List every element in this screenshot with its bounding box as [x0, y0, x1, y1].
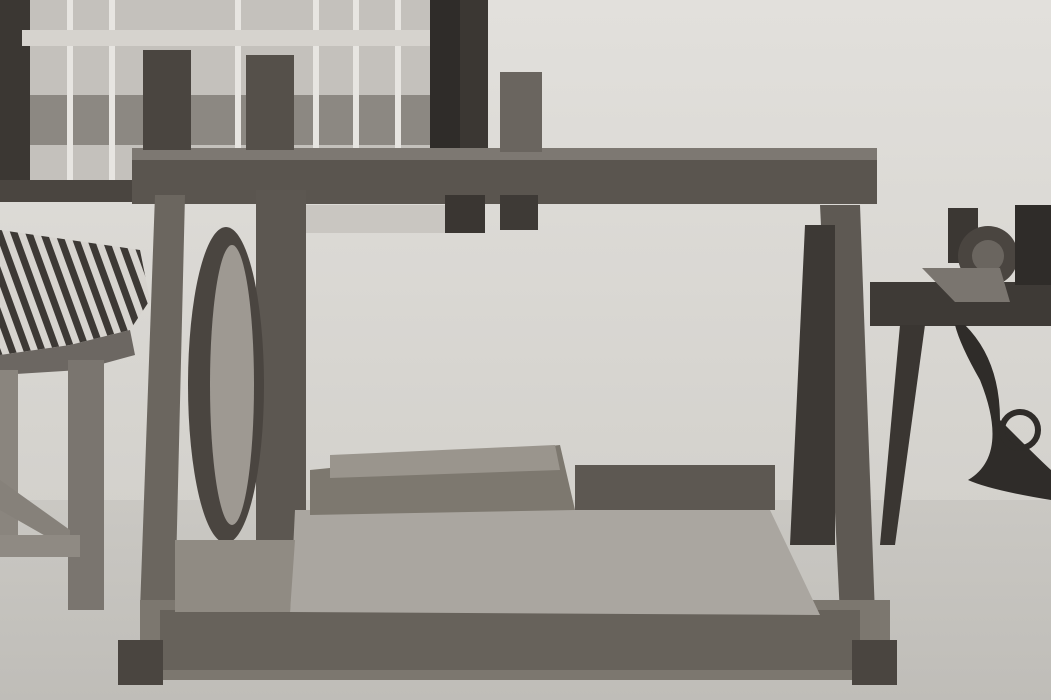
photograph	[0, 0, 1051, 700]
photo-scene	[0, 0, 1051, 700]
